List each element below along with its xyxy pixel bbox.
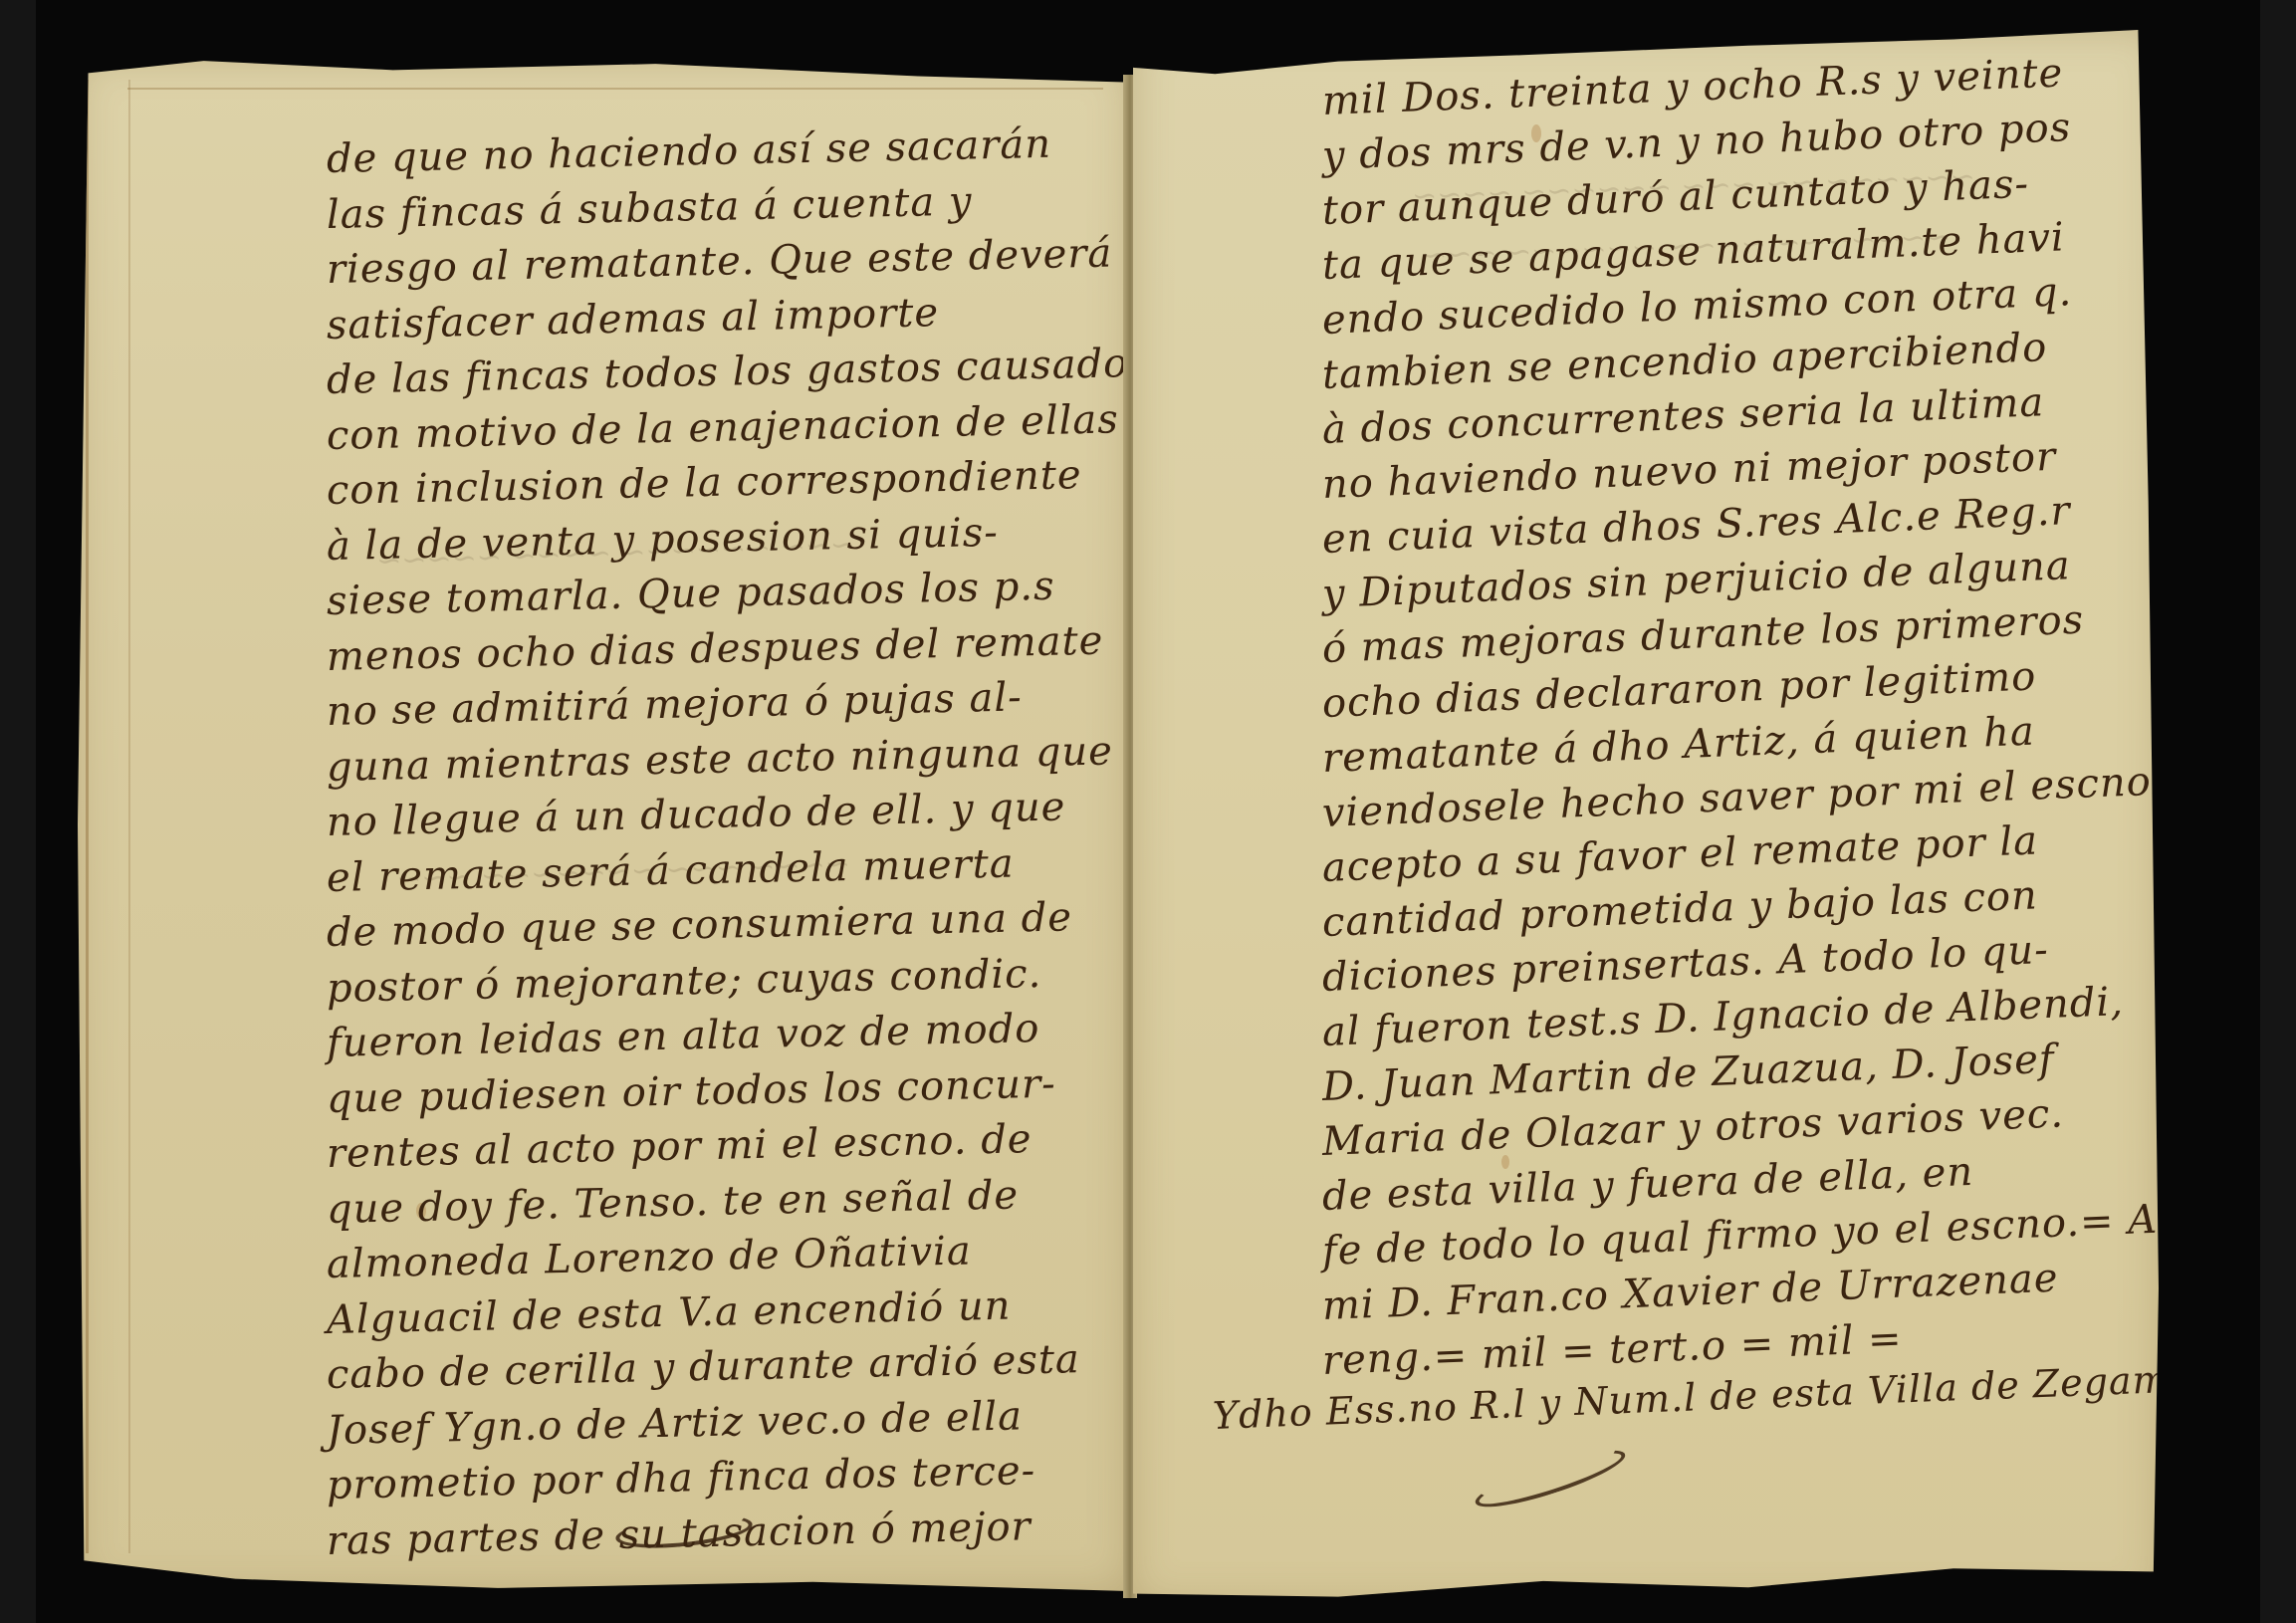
notary-rubric-icon bbox=[1471, 1440, 1630, 1516]
right-page-text: mil Dos. treinta y ocho R.s y veinte y d… bbox=[1322, 75, 2119, 1444]
document-viewer: ~~~ ~~~~~~ ~~~~ ~~~~~ ~~~~ ~~~ ~~~~~~~ ~… bbox=[0, 0, 2296, 1623]
left-page-text: de que no haciendo así se sacarán las fi… bbox=[327, 132, 1103, 1569]
right-page: ~~~~~~ ~~ ~~~ ~~~~~~ ~~~~ ~~~~~~~ ~~~~ ~… bbox=[1133, 30, 2159, 1603]
left-page: ~~~ ~~~~~~ ~~~~ ~~~~~ ~~~~ ~~~ ~~~~~~~ ~… bbox=[78, 58, 1128, 1591]
right-viewer-margin bbox=[2260, 0, 2296, 1623]
manuscript-spread: ~~~ ~~~~~~ ~~~~ ~~~~~ ~~~~ ~~~ ~~~~~~~ ~… bbox=[78, 30, 2159, 1613]
left-viewer-margin bbox=[0, 0, 36, 1623]
